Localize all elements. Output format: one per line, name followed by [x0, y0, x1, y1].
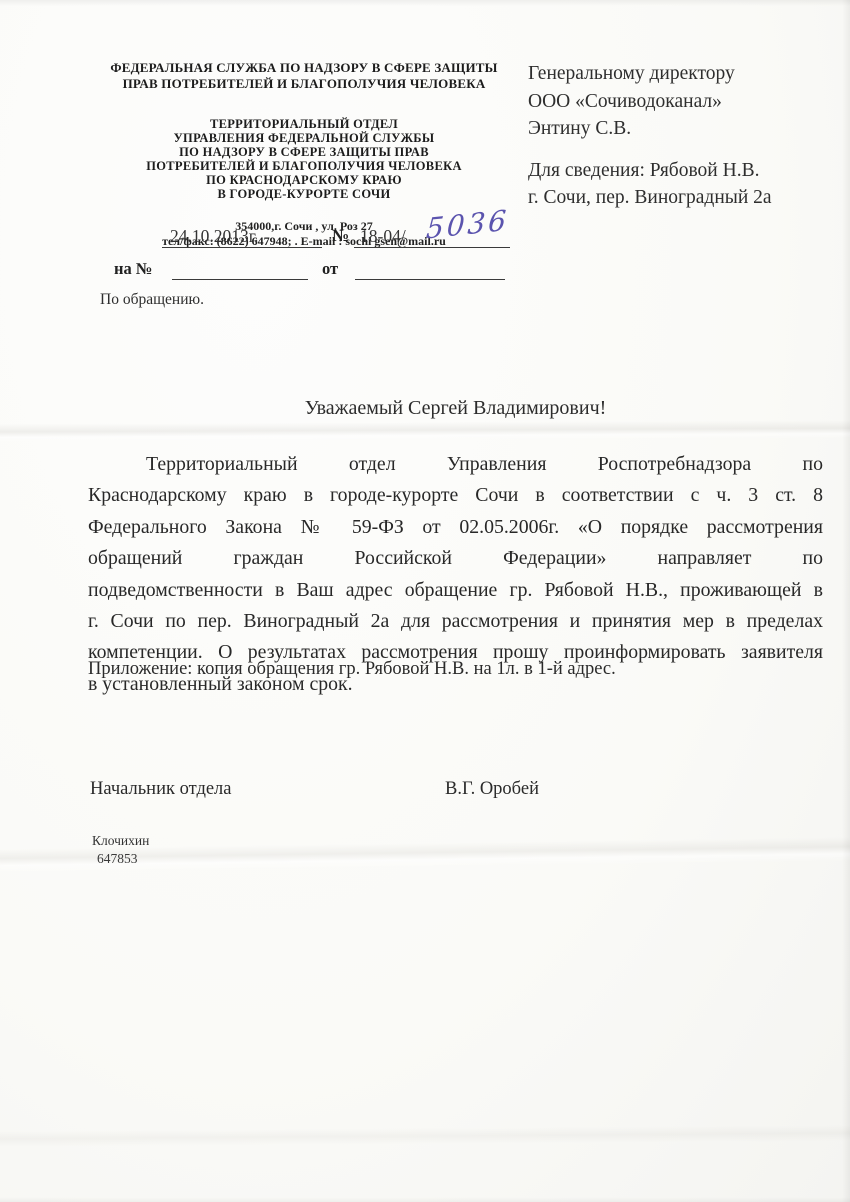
text-line: ПО КРАСНОДАРСКОМУ КРАЮ [90, 173, 518, 187]
text-line: УПРАВЛЕНИЯ ФЕДЕРАЛЬНОЙ СЛУЖБЫ [90, 131, 518, 145]
text-line: ПРАВ ПОТРЕБИТЕЛЕЙ И БЛАГОПОЛУЧИЯ ЧЕЛОВЕК… [90, 76, 518, 92]
text-line: подведомственности в Ваш адрес обращение… [88, 575, 823, 606]
text-line: ТЕРРИТОРИАЛЬНЫЙ ОТДЕЛ [90, 117, 518, 131]
executor-phone: 647853 [97, 851, 138, 867]
agency-name: ФЕДЕРАЛЬНАЯ СЛУЖБА ПО НАДЗОРУ В СФЕРЕ ЗА… [90, 60, 518, 91]
text-line: г. Сочи по пер. Виноградный 2а для рассм… [88, 606, 823, 637]
recipient-lines: Генеральному директоруООО «Сочиводоканал… [528, 60, 828, 143]
text-line: Федерального Закона № 59-ФЗ от 02.05.200… [88, 512, 823, 543]
date-underline [162, 247, 322, 248]
outgoing-number-prefix: 18-04/ [360, 226, 406, 247]
scanned-letter-page: ФЕДЕРАЛЬНАЯ СЛУЖБА ПО НАДЗОРУ В СФЕРЕ ЗА… [0, 0, 850, 1202]
attention-lines: Для сведения: Рябовой Н.В.г. Сочи, пер. … [528, 157, 828, 212]
text-line: Краснодарскому краю в городе-курорте Соч… [88, 480, 823, 511]
text-line: Энтину С.В. [528, 115, 828, 143]
text-line: В ГОРОДЕ-КУРОРТЕ СОЧИ [90, 187, 518, 201]
signature-title: Начальник отдела [90, 779, 232, 800]
text-line: Территориальный отдел Управления Роспотр… [88, 449, 823, 480]
text-line: Для сведения: Рябовой Н.В. [528, 157, 828, 185]
number-underline [354, 247, 510, 248]
scan-crease [0, 1125, 850, 1147]
signature-name: В.Г. Оробей [445, 779, 539, 800]
text-line: г. Сочи, пер. Виноградный 2а [528, 184, 828, 212]
salutation: Уважаемый Сергей Владимирович! [88, 397, 823, 420]
department-name: ТЕРРИТОРИАЛЬНЫЙ ОТДЕЛУПРАВЛЕНИЯ ФЕДЕРАЛЬ… [90, 117, 518, 201]
scan-edge-shadow [842, 0, 850, 1202]
reply-date-underline [355, 279, 505, 280]
text-line: ФЕДЕРАЛЬНАЯ СЛУЖБА ПО НАДЗОРУ В СФЕРЕ ЗА… [90, 60, 518, 76]
number-sign: № [332, 226, 349, 246]
text-line: Генеральному директору [528, 60, 828, 88]
recipient-block: Генеральному директоруООО «Сочиводоканал… [528, 60, 828, 212]
text-line: ПО НАДЗОРУ В СФЕРЕ ЗАЩИТЫ ПРАВ [90, 145, 518, 159]
text-line: ООО «Сочиводоканал» [528, 88, 828, 116]
executor-name: Клочихин [92, 833, 149, 849]
subject-line: По обращению. [100, 291, 204, 309]
scan-crease [0, 420, 850, 442]
reply-number-underline [172, 279, 308, 280]
outgoing-date: 24.10.2013г. [170, 226, 258, 247]
reply-from-label: от [322, 259, 338, 279]
attachment-line: Приложение: копия обращения гр. Рябовой … [88, 659, 823, 680]
text-line: ПОТРЕБИТЕЛЕЙ И БЛАГОПОЛУЧИЯ ЧЕЛОВЕКА [90, 159, 518, 173]
reply-to-label: на № [114, 259, 152, 279]
text-line: обращений граждан Российской Федерации» … [88, 543, 823, 574]
